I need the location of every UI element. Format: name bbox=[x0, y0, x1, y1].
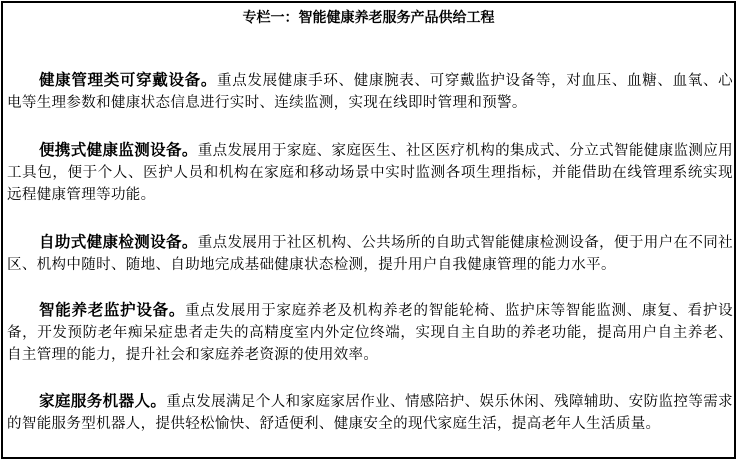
section-heading: 智能养老监护设备。 bbox=[39, 301, 185, 319]
section-home-service-robots: 家庭服务机器人。重点发展满足个人和家庭家居作业、情感陪护、娱乐休闲、残障辅助、安… bbox=[7, 390, 733, 435]
section-portable-monitoring: 便携式健康监测设备。重点发展用于家庭、家庭医生、社区医疗机构的集成式、分立式智能… bbox=[7, 139, 733, 206]
section-heading: 自助式健康检测设备。 bbox=[39, 233, 198, 251]
section-elderly-care-monitoring: 智能养老监护设备。重点发展用于家庭养老及机构养老的智能轮椅、监护床等智能监测、康… bbox=[7, 299, 733, 366]
document-title: 专栏一：智能健康养老服务产品供给工程 bbox=[3, 9, 734, 27]
section-heading: 健康管理类可穿戴设备。 bbox=[39, 71, 217, 89]
section-wearable-devices: 健康管理类可穿戴设备。重点发展健康手环、健康腕表、可穿戴监护设备等，对血压、血糖… bbox=[7, 69, 733, 114]
section-heading: 便携式健康监测设备。 bbox=[39, 141, 198, 159]
section-self-service-testing: 自助式健康检测设备。重点发展用于社区机构、公共场所的自助式智能健康检测设备，便于… bbox=[7, 231, 733, 276]
document-box: 专栏一：智能健康养老服务产品供给工程 健康管理类可穿戴设备。重点发展健康手环、健… bbox=[1, 1, 736, 459]
section-heading: 家庭服务机器人。 bbox=[39, 392, 166, 410]
